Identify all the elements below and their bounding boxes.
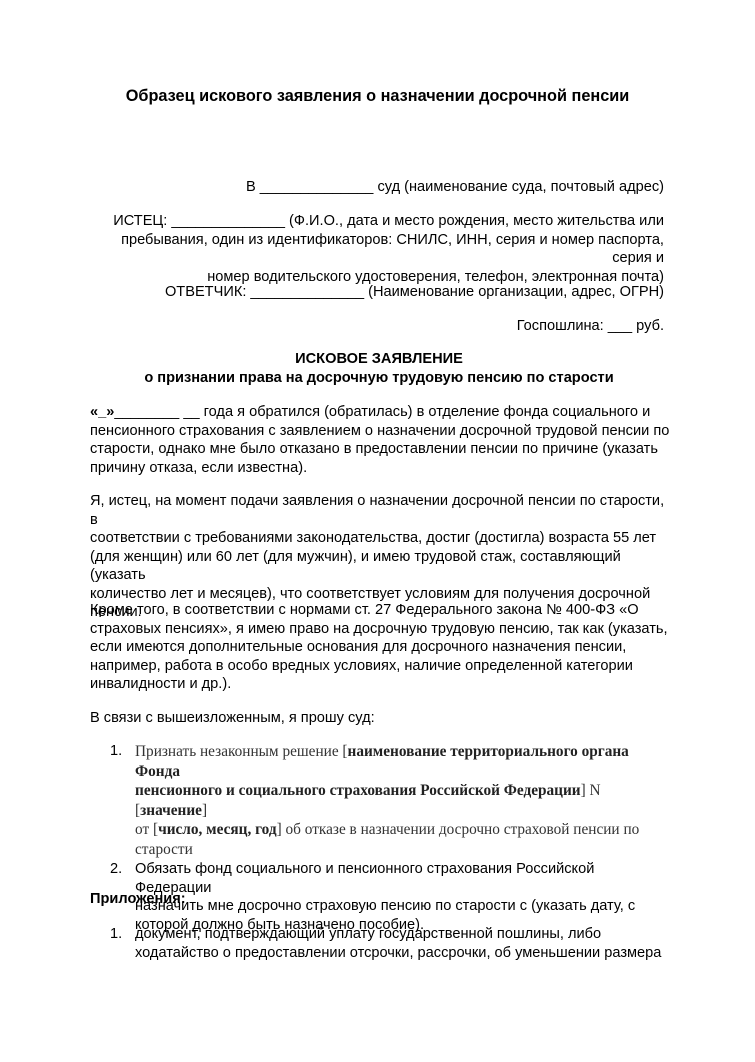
fee-line: Госпошлина: ___ руб. bbox=[90, 317, 664, 336]
list-number: 2. bbox=[110, 860, 122, 879]
paragraph-line: например, работа в особо вредных условия… bbox=[90, 657, 670, 676]
plaintiff-line-2: пребывания, один из идентификаторов: СНИ… bbox=[90, 231, 664, 268]
document-page: Образец искового заявления о назначении … bbox=[0, 0, 755, 1062]
list-number: 1. bbox=[110, 742, 122, 761]
paragraph-line: соответствии с требованиями законодатель… bbox=[90, 529, 670, 548]
court-line: В ______________ суд (наименование суда,… bbox=[90, 178, 664, 197]
paragraph-line: старости, однако мне было отказано в пре… bbox=[90, 440, 670, 459]
plaintiff-line-1: ИСТЕЦ: ______________ (Ф.И.О., дата и ме… bbox=[90, 212, 664, 231]
paragraph-application-date: «_»________ __ года я обратился (обратил… bbox=[90, 403, 670, 477]
attachments-list: 1. документ, подтверждающий уплату госуд… bbox=[90, 925, 670, 962]
paragraph-line: страховых пенсиях», я имею право на доср… bbox=[90, 620, 670, 639]
paragraph-line: (для женщин) или 60 лет (для мужчин), и … bbox=[90, 548, 670, 585]
paragraph-request-intro: В связи с вышеизложенным, я прошу суд: bbox=[90, 709, 670, 728]
paragraph-line: инвалидности и др.). bbox=[90, 675, 670, 694]
paragraph-line: если имеются дополнительные основания дл… bbox=[90, 638, 670, 657]
paragraph-line: «_»________ __ года я обратился (обратил… bbox=[90, 403, 670, 422]
document-title: Образец искового заявления о назначении … bbox=[0, 86, 755, 106]
date-placeholder: «_» bbox=[90, 404, 114, 420]
request-item-text: Признать незаконным решение [наименовани… bbox=[135, 742, 670, 859]
list-number: 1. bbox=[110, 925, 122, 944]
paragraph-line: Кроме того, в соответствии с нормами ст.… bbox=[90, 601, 670, 620]
paragraph-line: причину отказа, если известна). bbox=[90, 459, 670, 478]
attachments-heading: Приложения: bbox=[90, 890, 670, 909]
paragraph-line: Я, истец, на момент подачи заявления о н… bbox=[90, 492, 670, 529]
claim-subtitle: о признании права на досрочную трудовую … bbox=[90, 369, 668, 388]
request-item-1: 1. Признать незаконным решение [наименов… bbox=[90, 742, 670, 859]
claim-heading: ИСКОВОЕ ЗАЯВЛЕНИЕ о признании права на д… bbox=[90, 350, 668, 387]
plaintiff-block: ИСТЕЦ: ______________ (Ф.И.О., дата и ме… bbox=[90, 212, 664, 286]
attachment-item-text: документ, подтверждающий уплату государс… bbox=[135, 925, 670, 962]
paragraph-line: пенсионного страхования с заявлением о н… bbox=[90, 422, 670, 441]
defendant-line: ОТВЕТЧИК: ______________ (Наименование о… bbox=[90, 283, 664, 302]
attachment-item-1: 1. документ, подтверждающий уплату госуд… bbox=[90, 925, 670, 962]
claim-title: ИСКОВОЕ ЗАЯВЛЕНИЕ bbox=[90, 350, 668, 369]
paragraph-legal-basis: Кроме того, в соответствии с нормами ст.… bbox=[90, 601, 670, 694]
